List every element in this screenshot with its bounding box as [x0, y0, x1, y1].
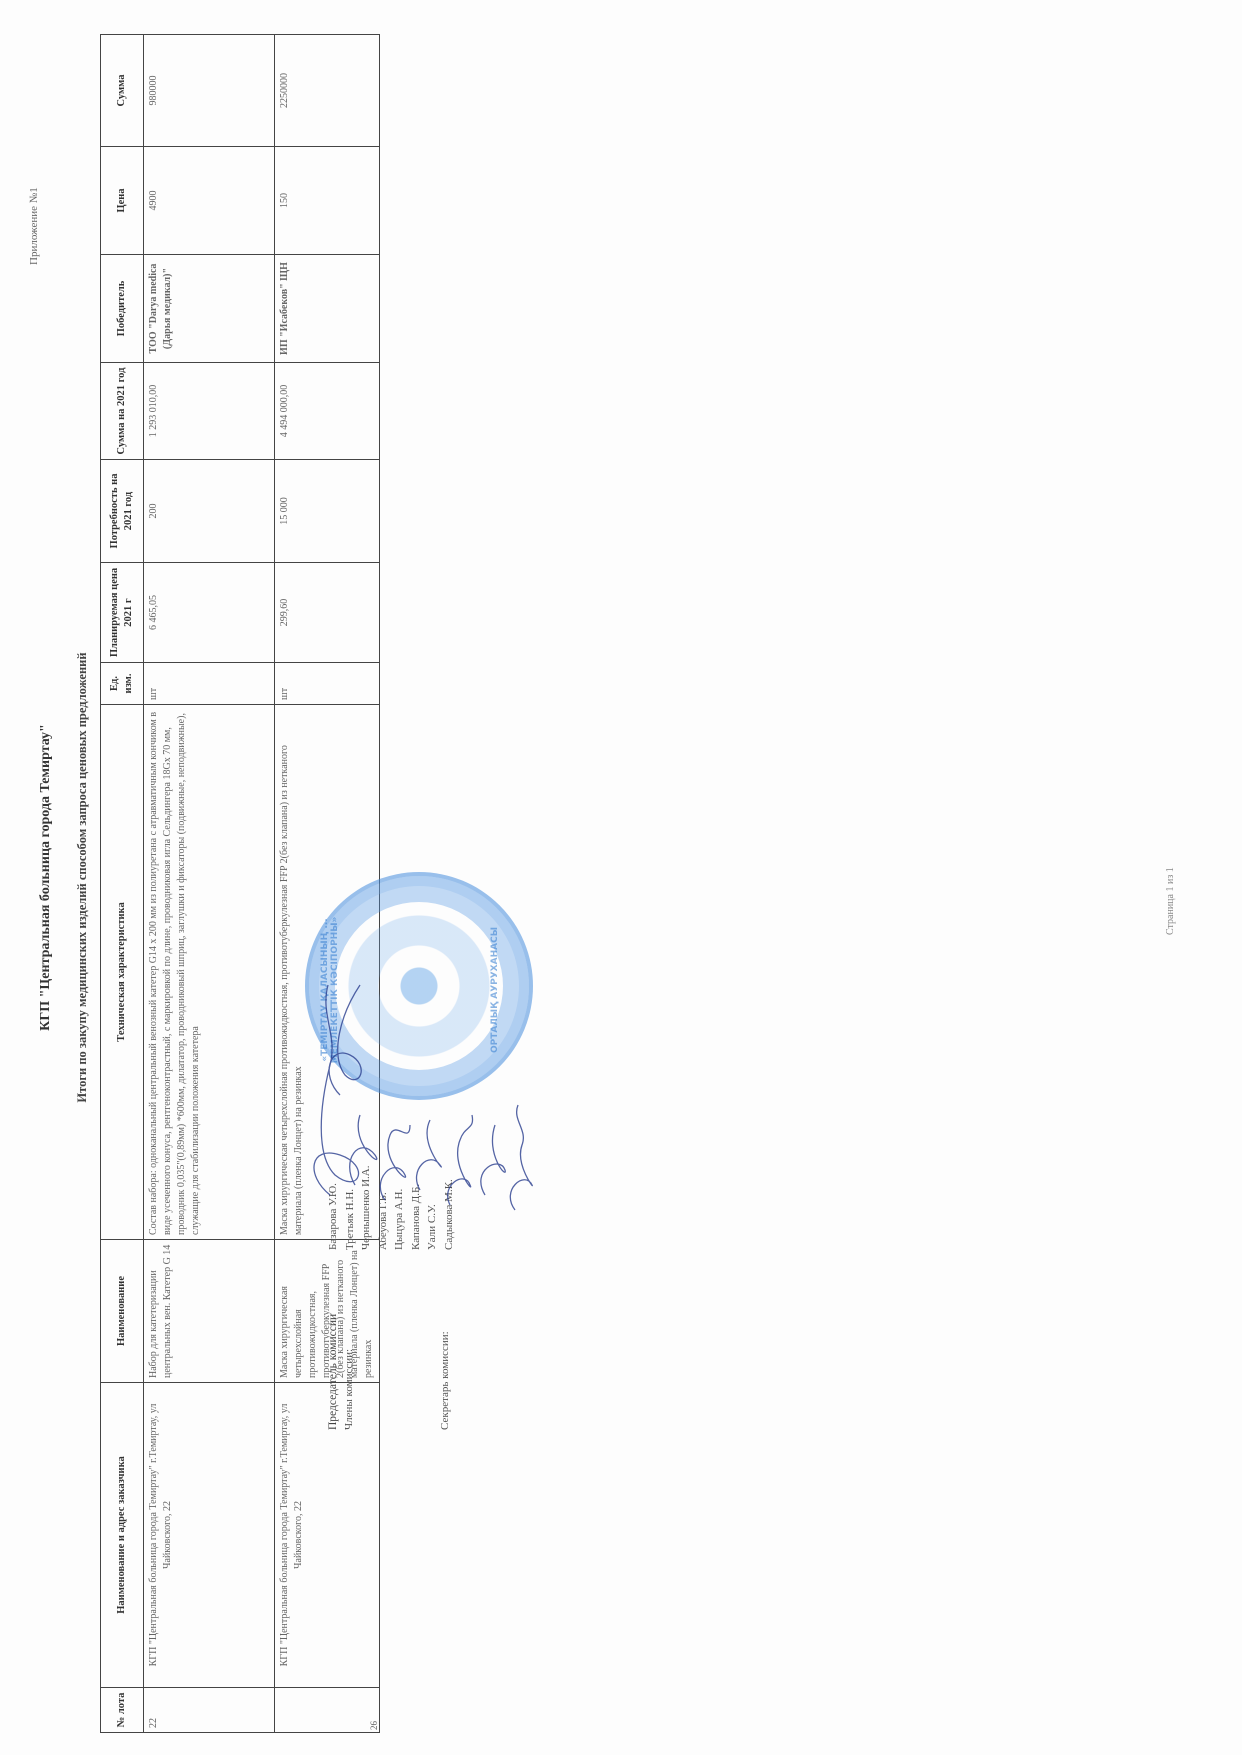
cell-price: 150: [275, 147, 380, 255]
table-header-row: № лота Наименование и адрес заказчика На…: [101, 35, 144, 1733]
cell-customer: КГП "Центральная больница города Темирта…: [144, 1383, 275, 1688]
col-spec: Техническая характеристика: [101, 705, 144, 1240]
cell-winner: ИП "Исабеков" ЩН: [275, 255, 380, 363]
col-total: Сумма: [101, 35, 144, 147]
col-unit: Ед. изм.: [101, 663, 144, 705]
cell-unit: шт: [144, 663, 275, 705]
cell-quantity: 15 000: [275, 460, 380, 563]
cell-lot: 26: [275, 1688, 380, 1733]
cell-planned-price: 6 465,05: [144, 563, 275, 663]
secretary-label: Секретарь комиссии:: [437, 1314, 453, 1430]
cell-name: Набор для катетеризации центральных вен.…: [144, 1240, 275, 1383]
col-lot: № лота: [101, 1688, 144, 1733]
cell-sum-2021: 4 494 000,00: [275, 363, 380, 460]
cell-total: 980000: [144, 35, 275, 147]
members-label: Члены комиссии:: [341, 1314, 357, 1430]
cell-winner: ТОО "Darya medica (Дарья медикал)": [144, 255, 275, 363]
cell-total: 2250000: [275, 35, 380, 147]
page-number: Страница 1 из 1: [1165, 867, 1176, 935]
cell-planned-price: 299,60: [275, 563, 380, 663]
cell-lot: 22: [144, 1688, 275, 1733]
table-row: 26 КГП "Центральная больница города Теми…: [275, 35, 380, 1733]
chair-label: Председатель комиссии: [325, 1314, 341, 1430]
results-table: № лота Наименование и адрес заказчика На…: [100, 34, 380, 1733]
commission-roles: Председатель комиссии Члены комиссии: Се…: [325, 1314, 453, 1430]
col-price: Цена: [101, 147, 144, 255]
signatures-icon: [300, 885, 550, 1215]
col-winner: Победитель: [101, 255, 144, 363]
document-title: КГП "Центральная больница города Темирта…: [38, 0, 54, 1755]
table-row: 22 КГП "Центральная больница города Теми…: [144, 35, 275, 1733]
document-page: Приложение №1 КГП "Центральная больница …: [0, 0, 1242, 1755]
document-subtitle: Итоги по закупу медицинских изделий спос…: [75, 0, 90, 1755]
lot-number: 26: [367, 1721, 380, 1730]
col-sum-2021: Сумма на 2021 год: [101, 363, 144, 460]
col-name: Наименование: [101, 1240, 144, 1383]
col-customer: Наименование и адрес заказчика: [101, 1383, 144, 1688]
cell-unit: шт: [275, 663, 380, 705]
col-quantity: Потребность на 2021 год: [101, 460, 144, 563]
cell-sum-2021: 1 293 010,00: [144, 363, 275, 460]
cell-spec: Состав набора: одноканальный центральный…: [144, 705, 275, 1240]
cell-price: 4900: [144, 147, 275, 255]
col-planned-price: Планируемая цена 2021 г: [101, 563, 144, 663]
cell-quantity: 200: [144, 460, 275, 563]
